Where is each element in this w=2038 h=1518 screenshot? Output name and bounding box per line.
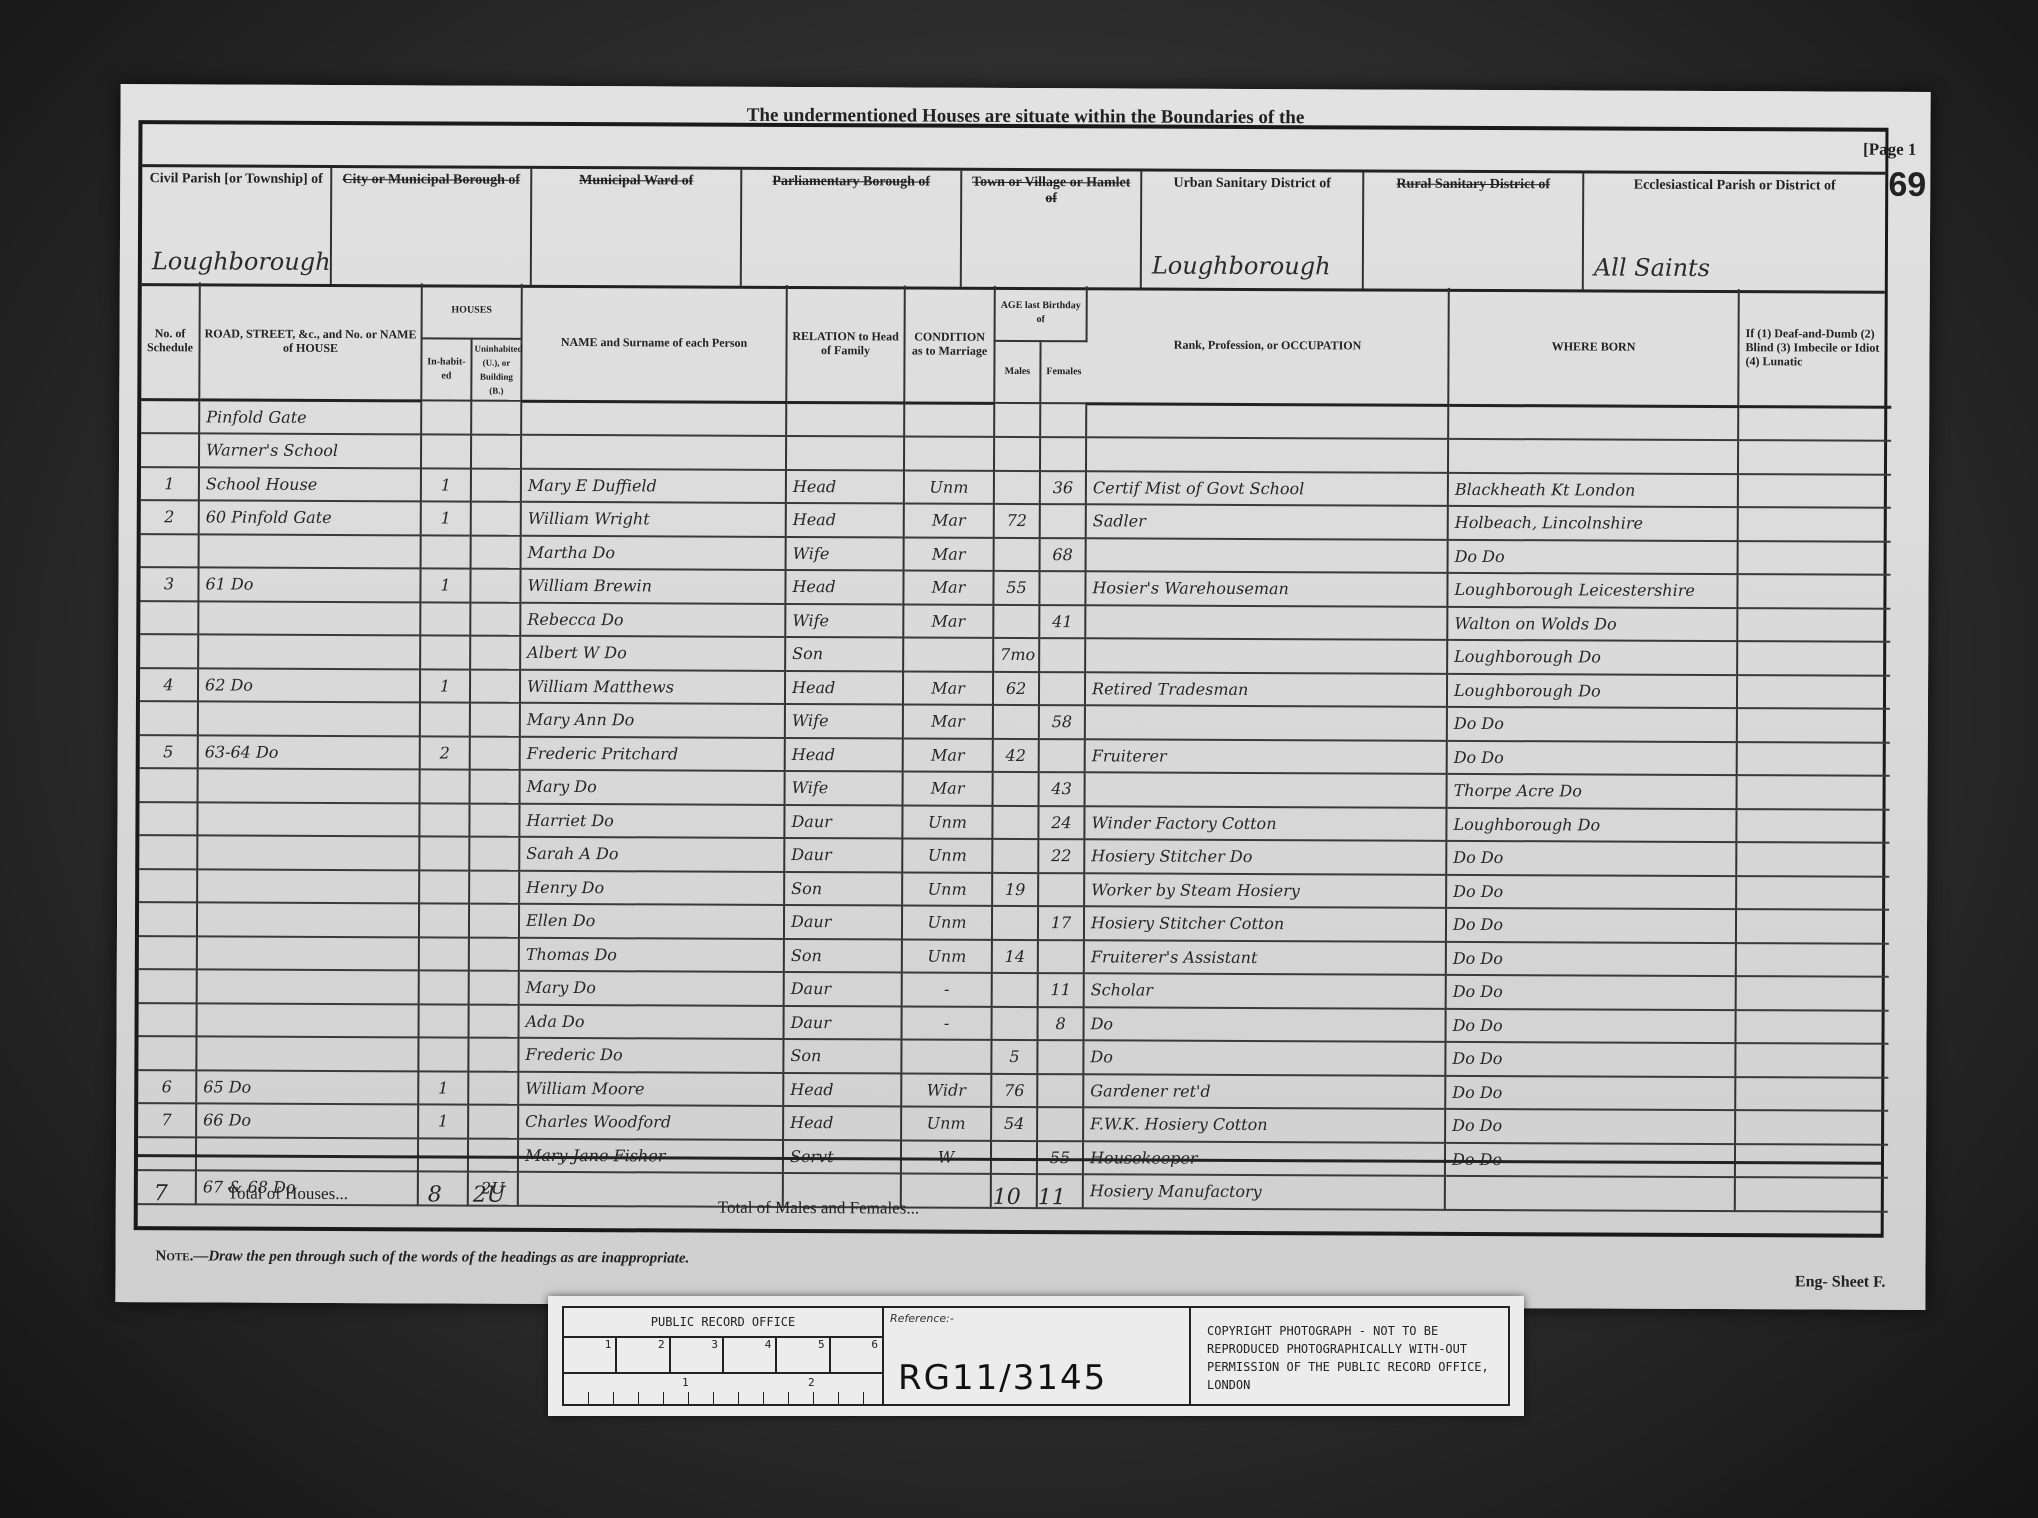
females-age-cell [1037,1040,1083,1074]
road-cell: Pinfold Gate [199,399,421,434]
infirmity-cell [1736,943,1889,977]
infirmity-cell [1738,474,1891,508]
males-age-cell [992,805,1038,839]
name-cell: Rebecca Do [520,602,785,637]
occupation-cell: Hosiery Stitcher Cotton [1084,906,1446,941]
infirmity-cell [1737,775,1890,809]
name-cell: Albert W Do [520,636,785,671]
condition-cell: Mar [903,671,993,705]
occupation-cell: Hosiery Stitcher Do [1084,839,1446,874]
females-age-cell [1040,437,1086,471]
name-cell: William Wright [521,502,786,537]
road-cell [197,1003,419,1037]
scale-ruler: 1 2 [564,1374,882,1404]
uninhabited-cell [469,904,519,938]
infirmity-cell [1737,641,1890,675]
note-text: —Draw the pen through such of the words … [193,1248,689,1266]
condition-cell: Unm [902,805,992,839]
relation-cell: Head [786,503,904,537]
schedule-cell [140,634,198,668]
uninhabited-cell [470,736,520,770]
name-cell: Ada Do [519,1004,784,1039]
where-born-cell: Do Do [1448,539,1738,574]
inhabited-cell: 1 [418,1104,468,1138]
males-age-cell [993,705,1039,739]
schedule-cell: 7 [138,1103,196,1137]
occupation-cell [1086,437,1448,472]
road-cell [197,969,419,1003]
occupation-cell: Winder Factory Cotton [1084,806,1446,841]
where-born-cell: Holbeach, Lincolnshire [1448,506,1738,541]
condition-cell: Widr [901,1073,991,1107]
schedule-cell: 3 [140,567,198,601]
males-age-cell [992,906,1038,940]
infirmity-cell [1736,976,1889,1010]
road-cell [197,835,419,869]
uninhabited-cell [468,1071,518,1105]
schedule-cell [139,902,197,936]
females-age-cell [1037,1074,1083,1108]
infirmity-cell [1736,876,1889,910]
males-age-cell: 5 [991,1040,1037,1074]
col-age: AGE last Birthday of [995,286,1087,341]
inhabited-cell: 1 [420,568,470,602]
inhabited-cell [420,602,470,636]
total-females: 11 [1038,1185,1066,1210]
uninhabited-cell [468,1105,518,1139]
uninhabited-cell [471,502,521,536]
sheet-label: Eng- Sheet F. [1795,1273,1886,1291]
uninhabited-cell [470,602,520,636]
schedule-cell [138,1036,196,1070]
condition-cell: Mar [904,503,994,537]
relation-cell: Head [783,1106,901,1140]
where-born-cell: Thorpe Acre Do [1447,774,1737,809]
females-age-cell: 24 [1038,806,1084,840]
census-frame: Civil Parish [or Township] ofLoughboroug… [134,120,1889,1238]
inhabited-cell: 1 [421,468,471,502]
uninhabited-cell [470,669,520,703]
record-office-title: PUBLIC RECORD OFFICE [564,1308,882,1338]
where-born-cell: Do Do [1447,740,1737,775]
total-schedules: 7 [154,1181,168,1206]
schedule-cell [140,601,198,635]
inhabited-cell [421,434,471,468]
condition-cell: Mar [903,738,993,772]
footer-note: Note.—Draw the pen through such of the w… [156,1248,690,1267]
infirmity-cell [1737,708,1890,742]
total-uninhabited: 2U [473,1182,506,1207]
boundary-value: Loughborough [1152,252,1331,281]
uninhabited-cell [470,703,520,737]
males-age-cell: 76 [991,1073,1037,1107]
infirmity-cell [1738,507,1891,541]
census-sheet: The undermentioned Houses are situate wi… [115,84,1930,1310]
relation-cell [786,436,904,470]
road-cell [198,634,420,668]
name-cell [521,435,786,470]
where-born-cell: Do Do [1447,707,1737,742]
condition-cell: - [902,1006,992,1040]
where-born-cell [1448,439,1738,474]
name-cell: Ellen Do [519,904,784,939]
uninhabited-cell [468,1038,518,1072]
relation-cell: Son [785,637,903,671]
name-cell: Mary Do [519,971,784,1006]
females-age-cell: 58 [1039,705,1085,739]
condition-cell: Unm [901,1106,991,1140]
occupation-cell: Sadler [1086,504,1448,539]
condition-cell: - [902,972,992,1006]
uninhabited-cell [469,971,519,1005]
inhabited-cell: 1 [420,669,470,703]
occupation-cell: Retired Tradesman [1085,672,1447,707]
road-cell [197,936,419,970]
occupation-cell: Do [1084,1007,1446,1042]
total-males: 10 [993,1184,1021,1209]
condition-cell: Mar [903,704,993,738]
infirmity-cell [1736,909,1889,943]
infirmity-cell [1737,608,1890,642]
col-females: Females [1040,341,1086,403]
scale-mark: 4 [724,1338,777,1372]
road-cell [198,701,420,735]
inhabited-cell: 2 [420,736,470,770]
relation-cell: Daur [784,804,902,838]
females-age-cell [1040,403,1086,437]
infirmity-cell [1738,541,1891,575]
name-cell: William Moore [518,1071,783,1106]
uninhabited-cell [469,1004,519,1038]
road-cell: 63-64 Do [198,735,420,769]
males-age-cell [993,772,1039,806]
name-cell: Harriet Do [519,803,784,838]
folio-number: 69 [1888,166,1926,205]
uninhabited-cell [471,435,521,469]
occupation-cell: Gardener ret'd [1083,1074,1445,1109]
schedule-cell [141,433,199,467]
inhabited-cell [421,400,471,434]
schedule-cell [139,835,197,869]
occupation-cell: Fruiterer [1085,739,1447,774]
boundary-label: Municipal Ward of [538,173,734,190]
name-cell: Frederic Do [518,1038,783,1073]
boundary-cell: City or Municipal Borough of [332,168,533,285]
reference-number: RG11/3145 [898,1358,1107,1398]
occupation-cell: Scholar [1084,973,1446,1008]
ruler-mark: 2 [808,1376,815,1389]
females-age-cell: 68 [1040,538,1086,572]
condition-cell [904,402,994,436]
name-cell: Charles Woodford [518,1105,783,1140]
infirmity-cell [1738,440,1891,474]
col-relation: RELATION to Head of Family [786,285,905,403]
infirmity-cell [1735,1077,1888,1111]
schedule-cell [139,869,197,903]
col-houses: HOUSES [422,283,522,338]
road-cell: 61 Do [198,567,420,601]
where-born-cell: Do Do [1446,941,1736,976]
schedule-cell [140,701,198,735]
relation-cell: Son [784,938,902,972]
boundary-cell: Parliamentary Borough of [742,170,963,287]
males-age-cell [994,470,1040,504]
inhabited-cell [420,702,470,736]
males-age-cell [992,1006,1038,1040]
where-born-cell: Do Do [1446,975,1736,1010]
condition-cell: Unm [902,939,992,973]
name-cell: William Brewin [520,569,785,604]
name-cell [521,401,786,436]
road-cell [197,869,419,903]
where-born-cell: Do Do [1446,908,1736,943]
occupation-cell: Worker by Steam Hosiery [1084,873,1446,908]
road-cell: Warner's School [199,433,421,467]
boundary-label: Town or Village or Hamlet of [968,175,1134,208]
relation-cell: Head [785,670,903,704]
scale-mark: 2 [617,1338,670,1372]
boundary-label: Rural Sanitary District of [1370,177,1576,194]
inhabited-cell [418,1037,468,1071]
where-born-cell: Do Do [1446,841,1736,876]
relation-cell: Wife [785,704,903,738]
males-age-cell: 19 [992,872,1038,906]
infirmity-cell [1738,406,1891,441]
boundary-cell: Ecclesiastical Parish or District ofAll … [1584,173,1886,290]
name-cell: Mary E Duffield [521,468,786,503]
schedule-cell [139,802,197,836]
reference-label: Reference:- [890,1312,954,1325]
inhabited-cell [421,535,471,569]
boundary-label: Ecclesiastical Parish or District of [1590,177,1879,194]
where-born-cell: Loughborough Do [1447,640,1737,675]
occupation-cell [1085,772,1447,807]
boundary-label: Urban Sanitary District of [1148,176,1356,193]
col-where-born: WHERE BORN [1448,288,1739,406]
uninhabited-cell [469,937,519,971]
relation-cell: Head [785,737,903,771]
males-age-cell: 54 [991,1107,1037,1141]
occupation-cell: Do [1083,1040,1445,1075]
schedule-cell [139,936,197,970]
females-age-cell [1037,1107,1083,1141]
inhabited-cell [419,803,469,837]
road-cell: 62 Do [198,668,420,702]
condition-cell: Unm [902,872,992,906]
uninhabited-cell [469,870,519,904]
road-cell [197,902,419,936]
col-males: Males [994,341,1040,403]
total-inhabited: 8 [428,1182,442,1207]
total-houses-label: Total of Houses... [228,1184,348,1205]
scale-top: 1 2 3 4 5 6 [564,1338,882,1374]
name-cell: Martha Do [521,535,786,570]
name-cell: Frederic Pritchard [520,736,785,771]
occupation-cell: Certif Mist of Govt School [1086,471,1448,506]
occupation-cell: Hosier's Warehouseman [1085,571,1447,606]
females-age-cell [1040,504,1086,538]
scale-mark: 5 [777,1338,830,1372]
inhabited-cell: 1 [418,1071,468,1105]
boundary-row: Civil Parish [or Township] ofLoughboroug… [142,164,1886,294]
inhabited-cell [420,635,470,669]
males-age-cell [993,604,1039,638]
occupation-cell [1085,605,1447,640]
boundary-value: All Saints [1594,253,1710,282]
name-cell: Sarah A Do [519,837,784,872]
copyright-notice: COPYRIGHT PHOTOGRAPH - NOT TO BE REPRODU… [1191,1308,1508,1404]
relation-cell: Wife [785,771,903,805]
infirmity-cell [1737,742,1890,776]
inhabited-cell [420,769,470,803]
where-born-cell: Do Do [1446,874,1736,909]
where-born-cell: Loughborough Leicestershire [1447,573,1737,608]
inhabited-cell [419,937,469,971]
schedule-cell: 2 [141,500,199,534]
scale-mark: 1 [564,1338,617,1372]
females-age-cell [1038,940,1084,974]
males-age-cell [992,839,1038,873]
name-cell: William Matthews [520,669,785,704]
col-name: NAME and Surname of each Person [521,284,787,402]
occupation-cell [1086,538,1448,573]
females-age-cell [1039,638,1085,672]
males-age-cell [994,403,1040,437]
females-age-cell [1039,739,1085,773]
infirmity-cell [1737,675,1890,709]
schedule-cell: 4 [140,668,198,702]
uninhabited-cell [470,636,520,670]
road-cell: 65 Do [196,1070,418,1104]
col-inhabited: In-habit-ed [421,338,471,400]
boundary-cell: Urban Sanitary District ofLoughborough [1142,172,1365,289]
females-age-cell: 8 [1038,1007,1084,1041]
road-cell: 66 Do [196,1103,418,1137]
scale-mark: 6 [831,1338,882,1372]
uninhabited-cell [471,401,521,435]
inhabited-cell [419,1004,469,1038]
relation-cell: Wife [785,603,903,637]
males-age-cell: 72 [994,504,1040,538]
schedule-cell [139,969,197,1003]
relation-cell: Daur [784,905,902,939]
occupation-cell [1085,638,1447,673]
uninhabited-cell [471,468,521,502]
males-age-cell [994,537,1040,571]
occupation-cell [1086,403,1448,439]
where-born-cell: Blackheath Kt London [1448,472,1738,507]
road-cell [198,601,420,635]
col-condition: CONDITION as to Marriage [904,285,995,402]
note-prefix: Note. [156,1248,194,1264]
females-age-cell [1039,672,1085,706]
uninhabited-cell [469,837,519,871]
where-born-cell: Walton on Wolds Do [1447,606,1737,641]
condition-cell: Unm [902,905,992,939]
females-age-cell: 22 [1038,839,1084,873]
boundary-cell: Civil Parish [or Township] ofLoughboroug… [142,167,333,284]
occupation-cell: Fruiterer's Assistant [1084,940,1446,975]
males-age-cell [992,973,1038,1007]
boundary-cell: Town or Village or Hamlet of [962,171,1143,288]
condition-cell [901,1039,991,1073]
where-born-cell: Do Do [1445,1042,1735,1077]
infirmity-cell [1735,1043,1888,1077]
infirmity-cell [1736,1010,1889,1044]
females-age-cell: 43 [1039,772,1085,806]
males-age-cell: 62 [993,671,1039,705]
relation-cell: Wife [786,536,904,570]
ruler-mark: 1 [682,1376,689,1389]
col-infirmity: If (1) Deaf-and-Dumb (2) Blind (3) Imbec… [1738,289,1892,407]
occupation-cell [1085,705,1447,740]
uninhabited-cell [470,770,520,804]
schedule-cell [139,1003,197,1037]
boundary-label: City or Municipal Borough of [338,172,524,189]
total-persons-label: Total of Males and Females... [718,1198,919,1219]
condition-cell [904,436,994,470]
schedule-cell: 5 [140,735,198,769]
infirmity-cell [1737,574,1890,608]
record-office-card: PUBLIC RECORD OFFICE 1 2 3 4 5 6 1 2 Ref… [548,1296,1524,1416]
inhabited-cell [419,836,469,870]
inhabited-cell: 1 [421,501,471,535]
road-cell: 60 Pinfold Gate [199,500,421,534]
infirmity-cell [1736,809,1889,843]
boundary-cell: Rural Sanitary District of [1364,172,1585,289]
females-age-cell [1038,873,1084,907]
relation-cell: Daur [784,1005,902,1039]
relation-cell: Daur [784,838,902,872]
name-cell: Mary Ann Do [520,703,785,738]
condition-cell: Unm [902,838,992,872]
census-table: No. of Schedule ROAD, STREET, &c., and N… [138,282,1892,1212]
males-age-cell: 55 [993,571,1039,605]
road-cell [196,1036,418,1070]
relation-cell: Son [784,871,902,905]
inhabited-cell [419,870,469,904]
females-age-cell: 41 [1039,605,1085,639]
schedule-cell: 1 [141,467,199,501]
boundary-value: Loughborough [152,247,331,276]
relation-cell: Head [786,469,904,503]
totals-row: 7 Total of Houses... 8 2U Total of Males… [138,1154,1881,1237]
relation-cell: Son [783,1039,901,1073]
where-born-cell: Loughborough Do [1446,807,1736,842]
condition-cell [903,637,993,671]
relation-cell: Daur [784,972,902,1006]
road-cell [197,802,419,836]
occupation-cell: F.W.K. Hosiery Cotton [1083,1107,1445,1142]
boundary-label: Civil Parish [or Township] of [148,171,324,188]
boundary-cell: Municipal Ward of [532,169,743,286]
col-road: ROAD, STREET, &c., and No. or NAME of HO… [199,282,422,400]
females-age-cell: 11 [1038,973,1084,1007]
condition-cell: Mar [904,537,994,571]
road-cell [199,534,421,568]
road-cell [198,768,420,802]
uninhabited-cell [469,803,519,837]
col-uninhabited: Uninhabited (U.), or Building (B.) [471,339,521,401]
females-age-cell: 36 [1040,471,1086,505]
road-cell: School House [199,467,421,501]
uninhabited-cell [471,535,521,569]
relation-cell [786,402,904,437]
relation-cell: Head [783,1072,901,1106]
males-age-cell: 14 [992,939,1038,973]
scale-mark: 3 [671,1338,724,1372]
schedule-cell: 6 [138,1070,196,1104]
